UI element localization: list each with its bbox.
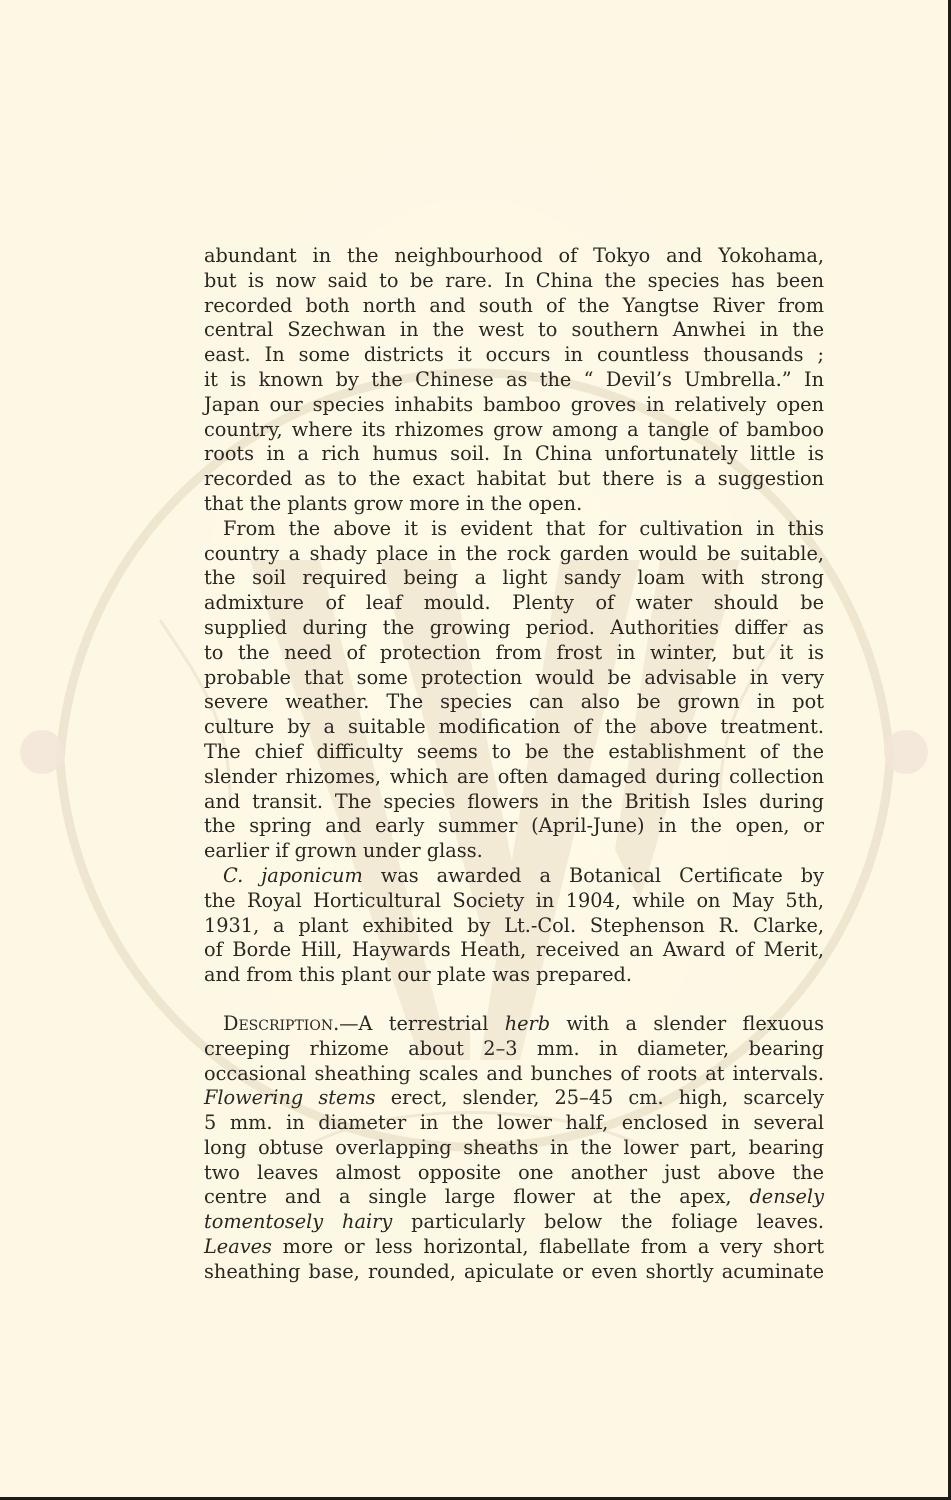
text-line: abundant in the neighbourhood of Tokyo a… (204, 244, 824, 269)
text-line: severe weather. The species can also be … (204, 690, 824, 715)
paragraph-habitat: abundant in the neighbourhood of Tokyo a… (204, 244, 824, 517)
text-line: C. japonicum was awarded a Botanical Cer… (204, 864, 824, 889)
text-line: the spring and early summer (April-June)… (204, 814, 824, 839)
document-page: abundant in the neighbourhood of Tokyo a… (0, 0, 948, 1497)
text-line: to the need of protection from frost in … (204, 641, 824, 666)
text-line: and from this plant our plate was prepar… (204, 963, 824, 988)
text-line: The chief difficulty seems to be the est… (204, 740, 824, 765)
text-fragment: centre and a single large flower at the … (204, 1185, 749, 1208)
text-line: recorded as to the exact habitat but the… (204, 467, 824, 492)
text-line: the soil required being a light sandy lo… (204, 566, 824, 591)
text-line: it is known by the Chinese as the “ Devi… (204, 368, 824, 393)
text-fragment: erect, slender, 25–45 cm. high, scarcely (376, 1086, 824, 1109)
text-line: country a shady place in the rock garden… (204, 542, 824, 567)
text-line: but is now said to be rare. In China the… (204, 269, 824, 294)
text-line: east. In some districts it occurs in cou… (204, 343, 824, 368)
text-line: the Royal Horticultural Society in 1904,… (204, 889, 824, 914)
text-line: sheathing base, rounded, apiculate or ev… (204, 1260, 824, 1285)
section-spacer (204, 988, 824, 1012)
description-section: Description.—A terrestrial herb with a s… (204, 1012, 824, 1285)
text-fragment: —A terrestrial (339, 1012, 505, 1035)
text-line: earlier if grown under glass. (204, 839, 824, 864)
italic-term: Flowering stems (204, 1086, 376, 1109)
text-line: admixture of leaf mould. Plenty of water… (204, 591, 824, 616)
paragraph-awards: C. japonicum was awarded a Botanical Cer… (204, 864, 824, 988)
text-line: two leaves almost opposite one another j… (204, 1161, 824, 1186)
text-line: slender rhizomes, which are often damage… (204, 765, 824, 790)
text-line: occasional sheathing scales and bunches … (204, 1062, 824, 1087)
text-line: centre and a single large flower at the … (204, 1185, 824, 1210)
text-line: supplied during the growing period. Auth… (204, 616, 824, 641)
species-name: C. japonicum (223, 864, 363, 887)
text-line: creeping rhizome about 2–3 mm. in diamet… (204, 1037, 824, 1062)
article-body: abundant in the neighbourhood of Tokyo a… (204, 244, 824, 1285)
text-line: long obtuse overlapping sheaths in the l… (204, 1136, 824, 1161)
text-line: From the above it is evident that for cu… (204, 517, 824, 542)
italic-term: densely (749, 1185, 824, 1208)
italic-term: Leaves (204, 1235, 272, 1258)
text-line: probable that some protection would be a… (204, 666, 824, 691)
description-heading: Description. (223, 1012, 339, 1035)
italic-term: tomentosely hairy (204, 1210, 392, 1233)
text-line: tomentosely hairy particularly below the… (204, 1210, 824, 1235)
text-line: recorded both north and south of the Yan… (204, 294, 824, 319)
text-line: culture by a suitable modification of th… (204, 715, 824, 740)
text-line: Flowering stems erect, slender, 25–45 cm… (204, 1086, 824, 1111)
text-line: Leaves more or less horizontal, flabella… (204, 1235, 824, 1260)
paragraph-cultivation: From the above it is evident that for cu… (204, 517, 824, 864)
text-line: and transit. The species flowers in the … (204, 790, 824, 815)
text-fragment: more or less horizontal, flabellate from… (272, 1235, 824, 1258)
text-fragment: with a slender flexuous (550, 1012, 824, 1035)
text-line: roots in a rich humus soil. In China unf… (204, 442, 824, 467)
text-line: 5 mm. in diameter in the lower half, enc… (204, 1111, 824, 1136)
text-line: that the plants grow more in the open. (204, 492, 824, 517)
text-line: of Borde Hill, Haywards Heath, received … (204, 938, 824, 963)
text-line: Description.—A terrestrial herb with a s… (204, 1012, 824, 1037)
text-line: central Szechwan in the west to southern… (204, 318, 824, 343)
text-line: 1931, a plant exhibited by Lt.-Col. Step… (204, 914, 824, 939)
italic-term: herb (505, 1012, 550, 1035)
text-fragment: was awarded a Botanical Certificate by (363, 864, 824, 887)
text-line: country, where its rhizomes grow among a… (204, 418, 824, 443)
text-fragment: particularly below the foliage leaves. (392, 1210, 824, 1233)
text-line: Japan our species inhabits bamboo groves… (204, 393, 824, 418)
